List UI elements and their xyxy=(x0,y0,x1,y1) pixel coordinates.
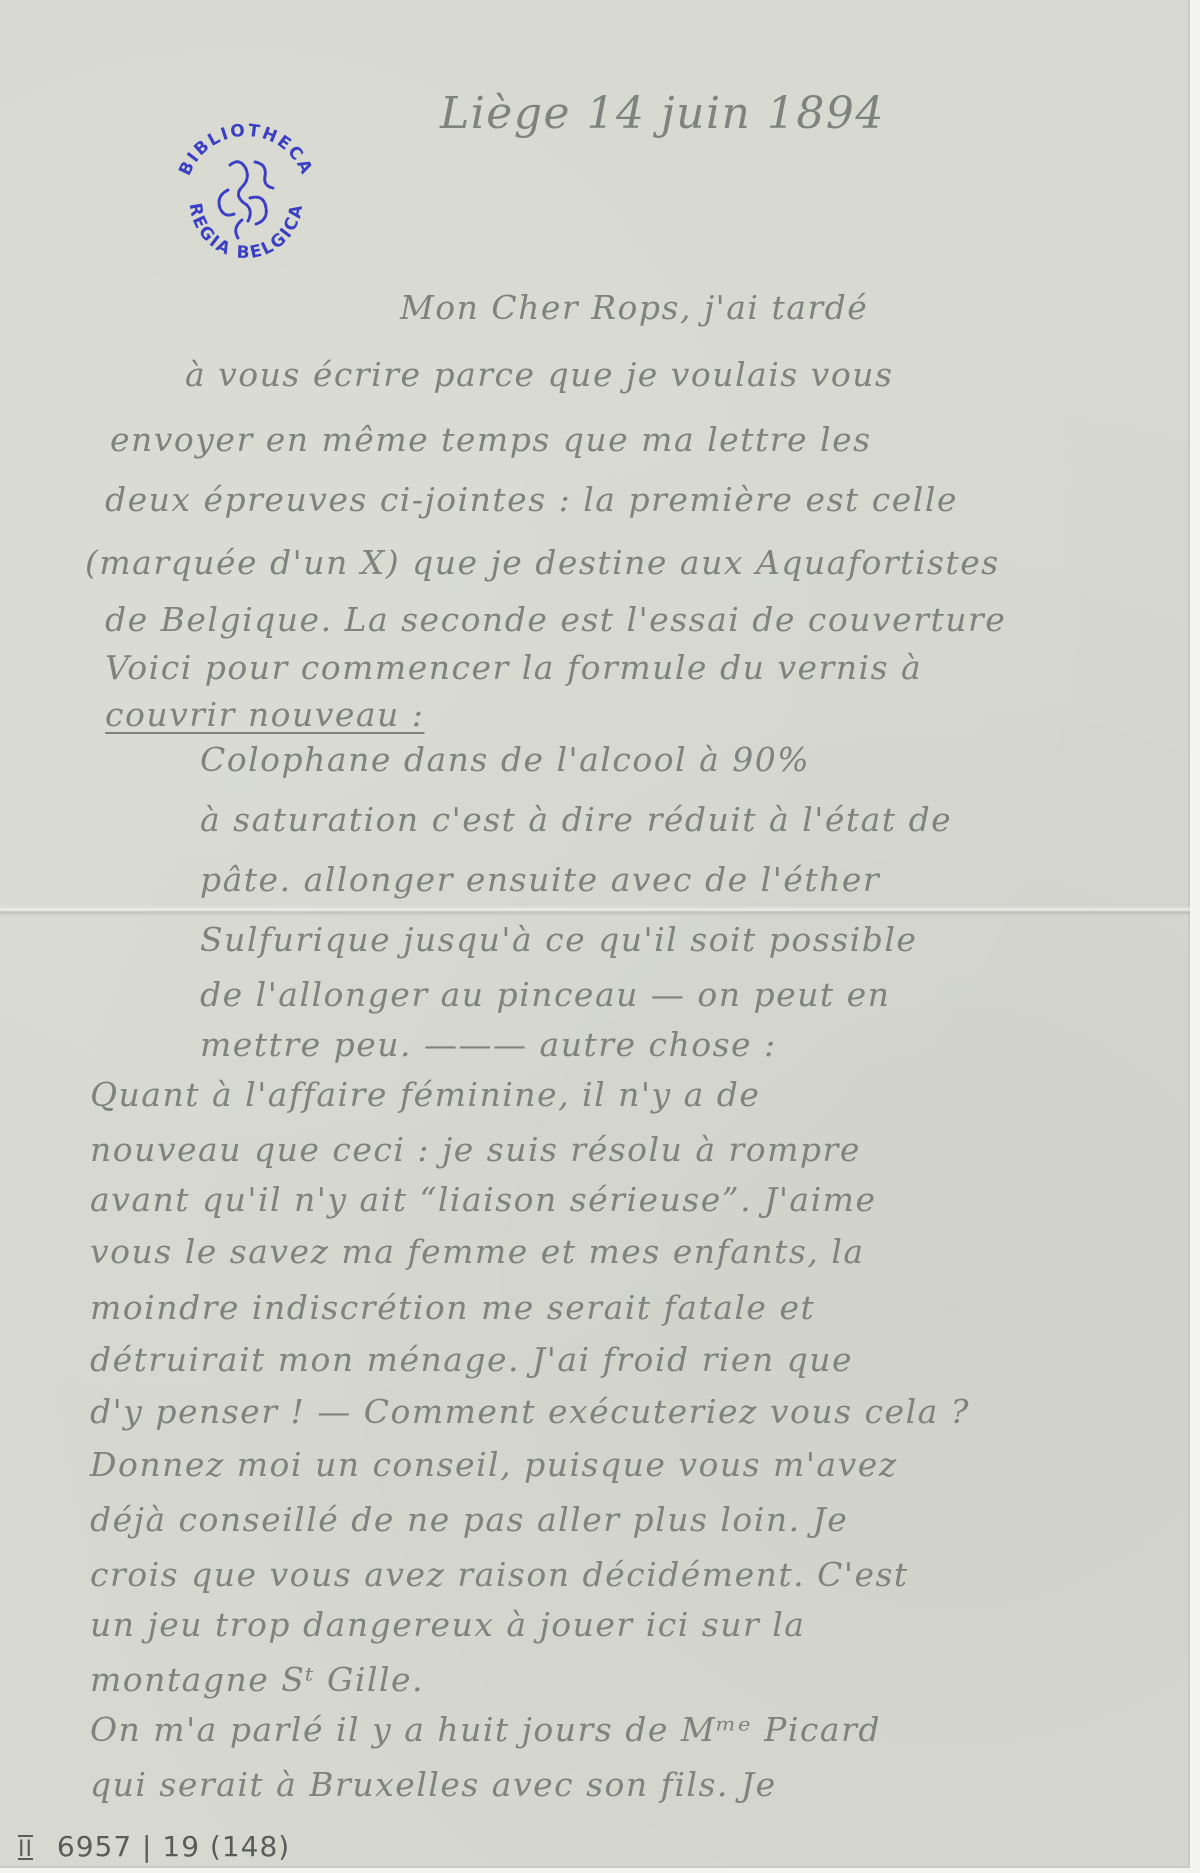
body-line: qui serait à Bruxelles avec son fils. Je xyxy=(90,1765,777,1804)
letter-line: deux épreuves ci-jointes : la première e… xyxy=(105,480,958,519)
formula-line: mettre peu. ——— autre chose : xyxy=(200,1025,777,1064)
formula-line: pâte. allonger ensuite avec de l'éther xyxy=(200,860,880,899)
body-line: Donnez moi un conseil, puisque vous m'av… xyxy=(90,1445,898,1484)
shelfmark-number: 6957 | 19 (148) xyxy=(57,1830,290,1863)
body-line: d'y penser ! — Comment exécuteriez vous … xyxy=(90,1392,970,1431)
body-line: déjà conseillé de ne pas aller plus loin… xyxy=(90,1500,848,1539)
library-seal-icon: BIBLIOTHECA REGIA BELGICA xyxy=(160,110,332,282)
letter-line: à vous écrire parce que je voulais vous xyxy=(185,355,893,394)
salutation: Mon Cher Rops, j'ai tardé xyxy=(400,288,868,327)
body-line: crois que vous avez raison décidément. C… xyxy=(90,1555,909,1594)
letter-line: envoyer en même temps que ma lettre les xyxy=(110,420,872,459)
letter-sheet: BIBLIOTHECA REGIA BELGICA Liège 14 juin … xyxy=(0,0,1190,1868)
body-line: Quant à l'affaire féminine, il n'y a de xyxy=(90,1075,760,1114)
body-line: nouveau que ceci : je suis résolu à romp… xyxy=(90,1130,861,1169)
body-line: On m'a parlé il y a huit jours de Mᵐᵉ Pi… xyxy=(90,1710,881,1749)
body-line: montagne Sᵗ Gille. xyxy=(90,1660,424,1699)
letter-line: couvrir nouveau : xyxy=(105,695,424,734)
formula-line: à saturation c'est à dire réduit à l'éta… xyxy=(200,800,952,839)
paper-fold-crease xyxy=(0,906,1190,916)
body-line: vous le savez ma femme et mes enfants, l… xyxy=(90,1232,865,1271)
body-line: moindre indiscrétion me serait fatale et xyxy=(90,1288,815,1327)
body-line: un jeu trop dangereux à jouer ici sur la xyxy=(90,1605,805,1644)
letter-line: de Belgique. La seconde est l'essai de c… xyxy=(105,600,1006,639)
formula-line: de l'allonger au pinceau — on peut en xyxy=(200,975,890,1014)
library-stamp: BIBLIOTHECA REGIA BELGICA xyxy=(160,110,332,282)
date-line: Liège 14 juin 1894 xyxy=(440,88,885,139)
letter-line: Voici pour commencer la formule du verni… xyxy=(105,648,922,687)
formula-line: Sulfurique jusqu'à ce qu'il soit possibl… xyxy=(200,920,917,959)
svg-text:REGIA BELGICA: REGIA BELGICA xyxy=(185,202,308,264)
shelfmark-roman: II xyxy=(18,1837,33,1862)
letter-line: (marquée d'un X) que je destine aux Aqua… xyxy=(85,543,1000,582)
body-line: détruirait mon ménage. J'ai froid rien q… xyxy=(90,1340,853,1379)
body-line: avant qu'il n'y ait “liaison sérieuse”. … xyxy=(90,1180,876,1219)
shelfmark: II 6957 | 19 (148) xyxy=(18,1830,290,1863)
formula-line: Colophane dans de l'alcool à 90% xyxy=(200,740,810,779)
